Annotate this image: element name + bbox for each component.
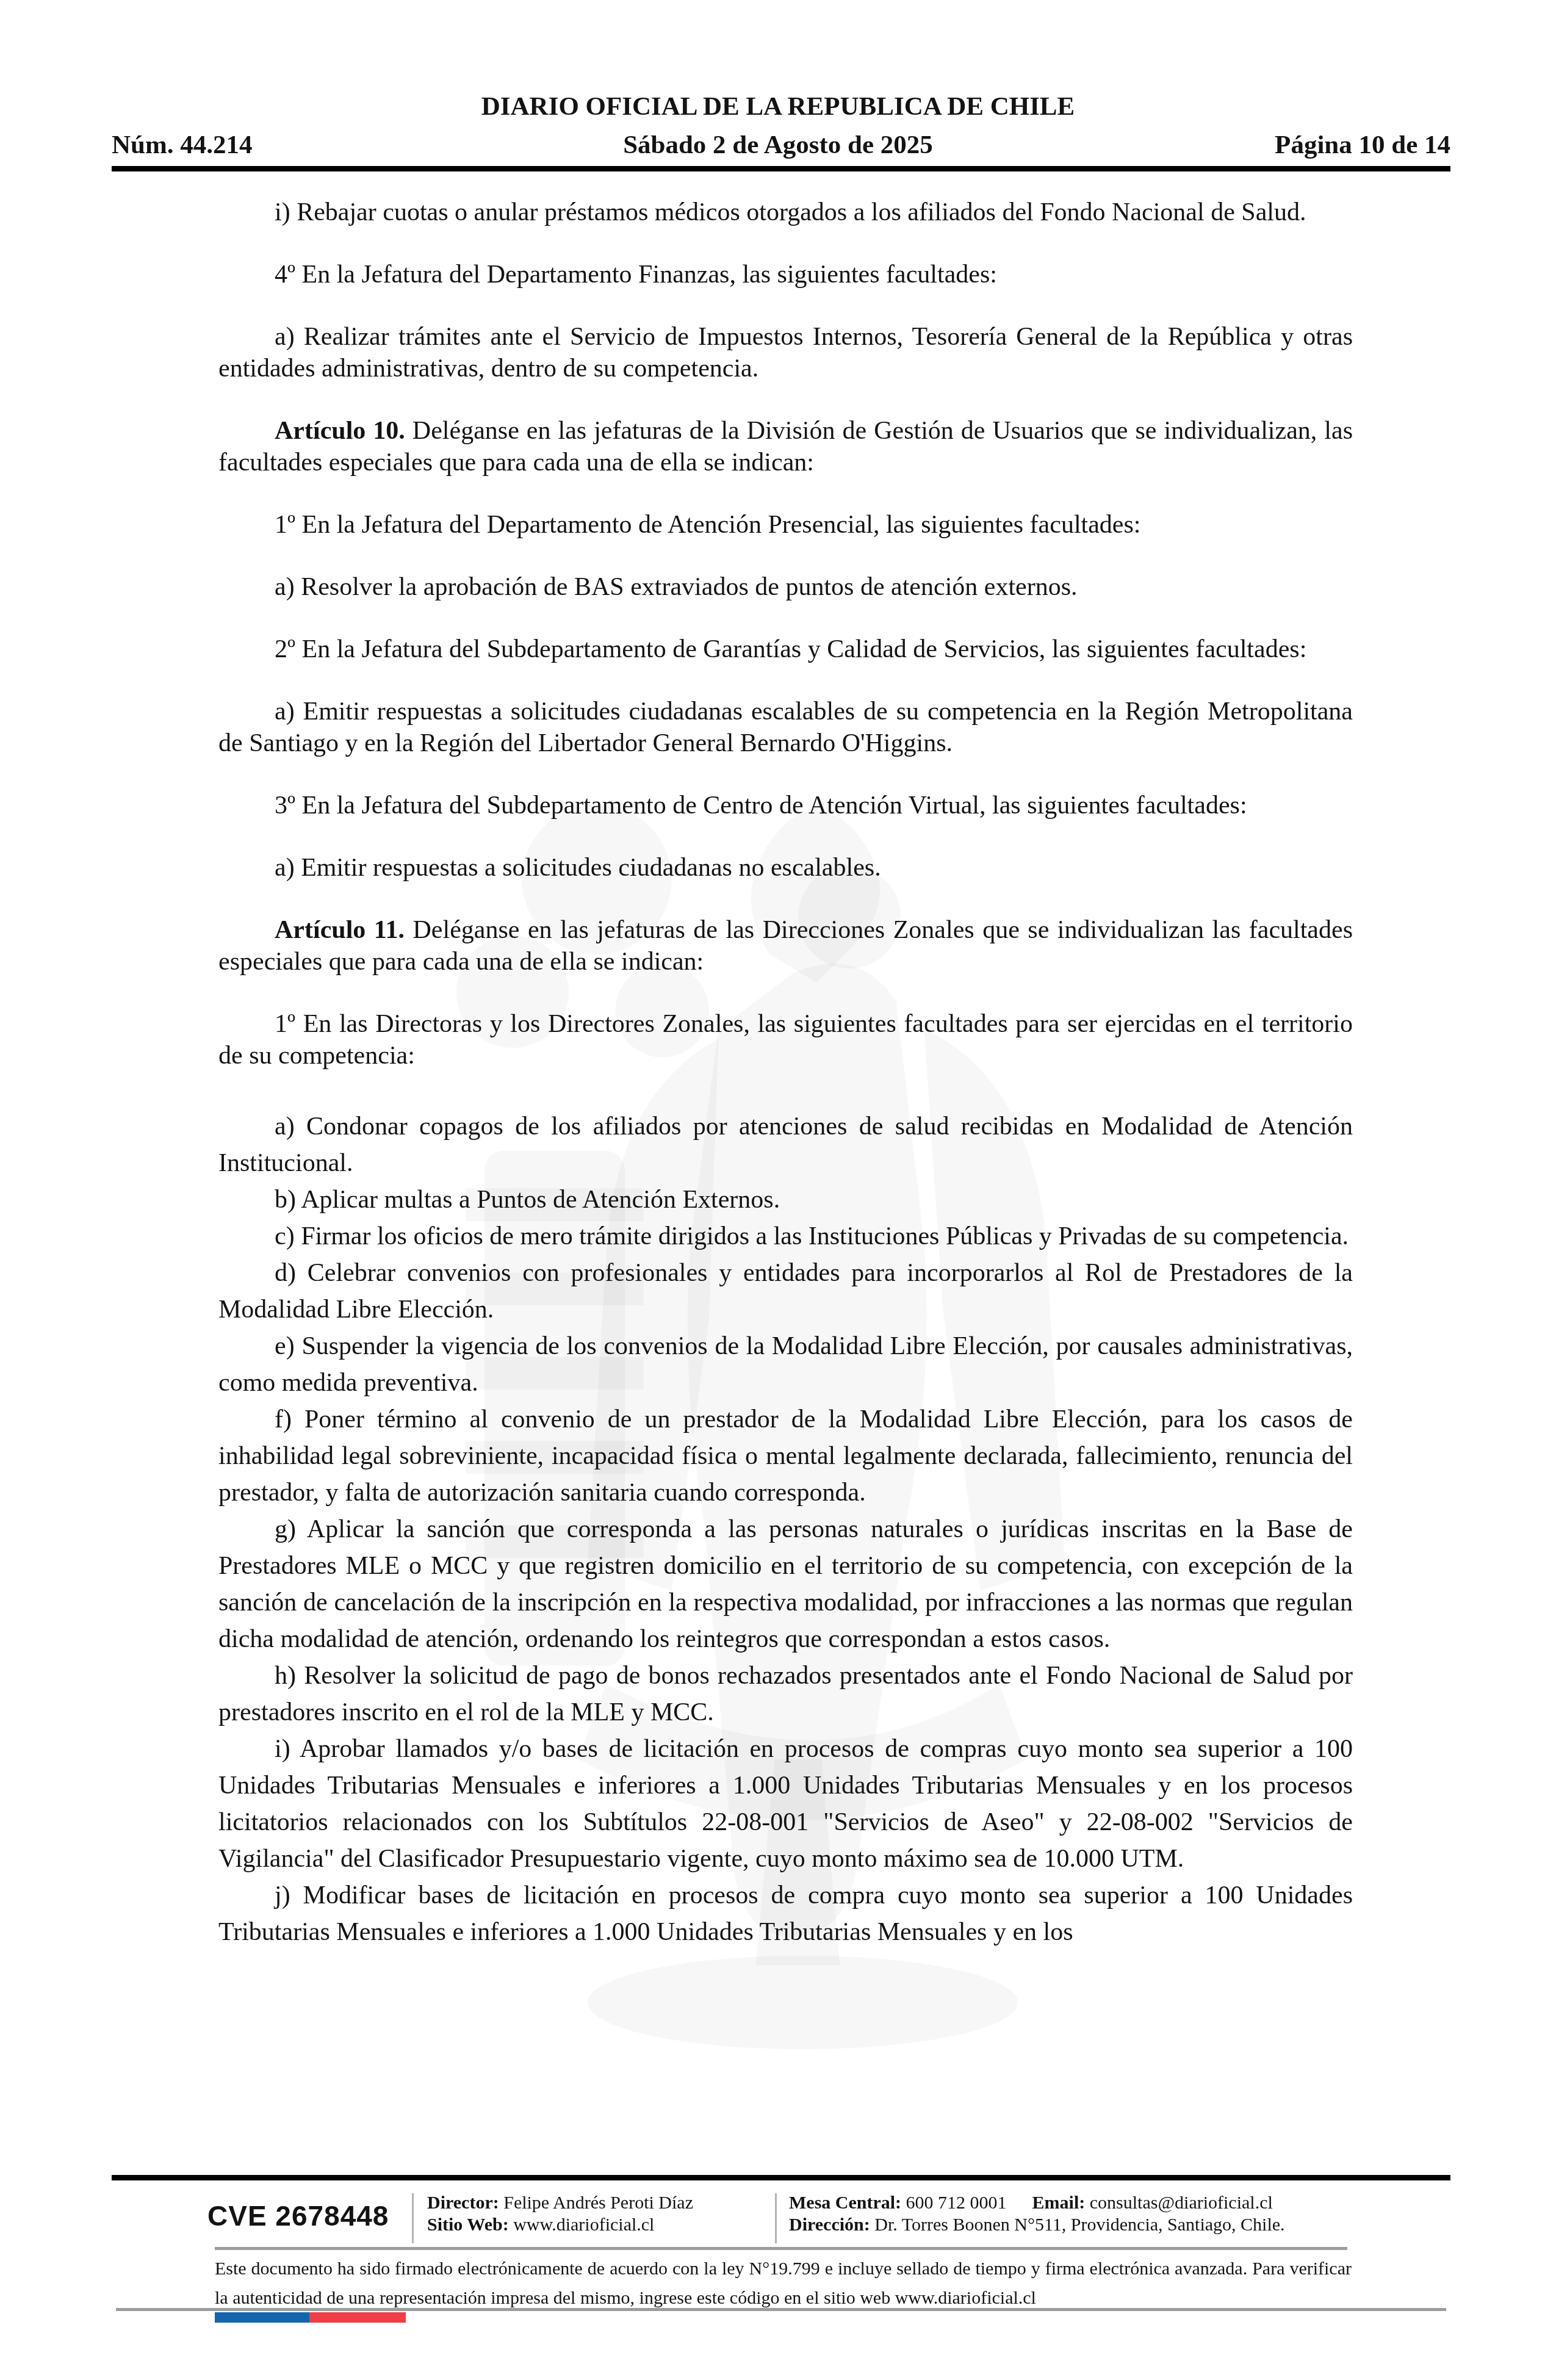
body-paragraph: j) Modificar bases de licitación en proc… <box>218 1877 1353 1950</box>
document-body: i) Rebajar cuotas o anular préstamos méd… <box>218 197 1353 1950</box>
body-paragraph: f) Poner término al convenio de un prest… <box>218 1401 1353 1511</box>
body-paragraph: a) Emitir respuestas a solicitudes ciuda… <box>218 696 1353 759</box>
body-paragraph: g) Aplicar la sanción que corresponda a … <box>218 1511 1353 1657</box>
director-name: Felipe Andrés Peroti Díaz <box>503 2193 693 2213</box>
body-paragraph: c) Firmar los oficios de mero trámite di… <box>218 1218 1353 1255</box>
article-lead: Artículo 10. <box>275 417 405 445</box>
page-indicator: Página 10 de 14 <box>1275 130 1450 160</box>
website-url: www.diarioficial.cl <box>513 2215 654 2235</box>
email-address: consultas@diarioficial.cl <box>1090 2193 1273 2213</box>
phone-number: 600 712 0001 <box>906 2193 1007 2213</box>
address-label: Dirección: <box>789 2215 870 2235</box>
body-paragraph: e) Suspender la vigencia de los convenio… <box>218 1328 1353 1401</box>
director-line: Director: Felipe Andrés Peroti Díaz <box>427 2192 693 2214</box>
body-paragraph: d) Celebrar convenios con profesionales … <box>218 1255 1353 1328</box>
body-paragraph: i) Aprobar llamados y/o bases de licitac… <box>218 1731 1353 1877</box>
flag-blue-segment <box>215 2312 309 2323</box>
cve-code: CVE 2678448 <box>207 2199 389 2232</box>
document-page: DIARIO OFICIAL DE LA REPUBLICA DE CHILE … <box>0 0 1556 2380</box>
address-line: Dirección: Dr. Torres Boonen N°511, Prov… <box>789 2214 1285 2236</box>
body-paragraph: a) Condonar copagos de los afiliados por… <box>218 1108 1353 1181</box>
body-paragraph: a) Emitir respuestas a solicitudes ciuda… <box>218 852 1353 884</box>
phone-email-line: Mesa Central: 600 712 0001Email: consult… <box>789 2192 1285 2214</box>
email-label: Email: <box>1032 2193 1086 2213</box>
phone-label: Mesa Central: <box>789 2193 901 2213</box>
website-line: Sitio Web: www.diarioficial.cl <box>427 2214 693 2236</box>
body-paragraph: b) Aplicar multas a Puntos de Atención E… <box>218 1181 1353 1218</box>
body-paragraph: 2º En la Jefatura del Subdepartamento de… <box>218 633 1353 665</box>
publication-title: DIARIO OFICIAL DE LA REPUBLICA DE CHILE <box>0 92 1556 121</box>
footer-director-column: Director: Felipe Andrés Peroti Díaz Siti… <box>427 2192 693 2236</box>
header-rule <box>112 166 1450 171</box>
footer-gray-rule-bottom <box>116 2308 1446 2311</box>
legal-notice: Este documento ha sido firmado electróni… <box>215 2254 1352 2313</box>
body-paragraph: Artículo 10. Deléganse en las jefaturas … <box>218 415 1353 478</box>
body-paragraph: h) Resolver la solicitud de pago de bono… <box>218 1657 1353 1731</box>
flag-red-segment <box>309 2312 406 2323</box>
footer-divider <box>775 2193 777 2243</box>
body-paragraph: i) Rebajar cuotas o anular préstamos méd… <box>218 197 1353 228</box>
body-paragraph: 1º En las Directoras y los Directores Zo… <box>218 1008 1353 1072</box>
footer-gray-rule-top <box>215 2247 1347 2250</box>
body-paragraph: 4º En la Jefatura del Departamento Finan… <box>218 259 1353 290</box>
body-paragraph: a) Resolver la aprobación de BAS extravi… <box>218 571 1353 603</box>
footer-top-rule <box>112 2175 1450 2180</box>
footer-divider <box>412 2193 414 2243</box>
address-text: Dr. Torres Boonen N°511, Providencia, Sa… <box>874 2215 1284 2235</box>
website-label: Sitio Web: <box>427 2215 509 2235</box>
footer-contact-column: Mesa Central: 600 712 0001Email: consult… <box>789 2192 1285 2236</box>
director-label: Director: <box>427 2193 499 2213</box>
article-lead: Artículo 11. <box>275 916 405 944</box>
body-paragraph: 3º En la Jefatura del Subdepartamento de… <box>218 790 1353 821</box>
chile-flag-bar <box>215 2312 406 2323</box>
body-paragraph: Artículo 11. Deléganse en las jefaturas … <box>218 914 1353 978</box>
body-paragraph: a) Realizar trámites ante el Servicio de… <box>218 321 1353 384</box>
body-paragraph: 1º En la Jefatura del Departamento de At… <box>218 509 1353 541</box>
